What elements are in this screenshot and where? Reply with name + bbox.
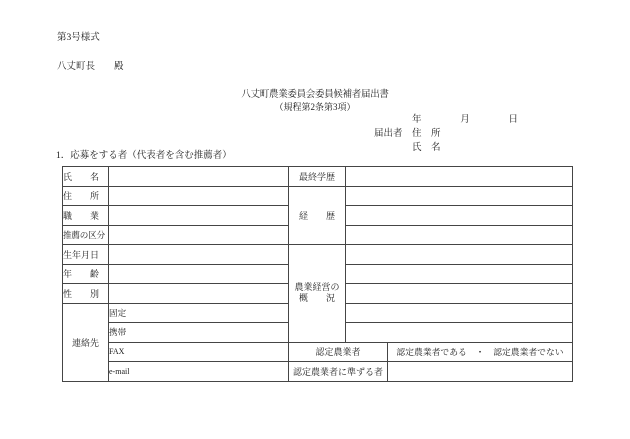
- date-year-label: 年: [412, 111, 422, 125]
- page-title: 八丈町農業委員会委員候補者届出書: [0, 86, 630, 100]
- farming-overview-label-line1: 農業経営の: [289, 282, 345, 293]
- farming-overview-value-row-2: [346, 264, 573, 284]
- education-value-cell: [346, 167, 573, 187]
- table-row: FAX 認定農業者 認定農業者である ・ 認定農業者でない: [63, 342, 573, 362]
- farming-overview-value-row-5: [346, 323, 573, 343]
- farming-overview-value-row-1: [346, 245, 573, 265]
- recommendation-value-cell: [109, 225, 289, 245]
- contact-email-cell: e-mail: [109, 362, 289, 382]
- declarant-address-label: 住 所: [412, 125, 441, 139]
- address-label-cell: 住 所: [63, 186, 109, 206]
- career-value-row-3: [346, 225, 573, 245]
- name-label-cell: 氏 名: [63, 167, 109, 187]
- career-value-row-2: [346, 206, 573, 226]
- career-label-cell: 経 歴: [289, 186, 346, 245]
- age-label-cell: 年 齢: [63, 264, 109, 284]
- contact-label-cell: 連絡先: [63, 303, 109, 381]
- education-label-cell: 最終学歴: [289, 167, 346, 187]
- recommendation-label-cell: 推薦の区分: [63, 225, 109, 245]
- table-row: 生年月日 農業経営の 概 況: [63, 245, 573, 265]
- section1-heading: 1．応募をする者（代表者を含む推薦者）: [56, 147, 232, 161]
- contact-landline-cell: 固定: [109, 303, 289, 323]
- quasi-certified-farmer-label-cell: 認定農業者に準ずる者: [289, 362, 388, 382]
- declarant-name-label: 氏 名: [412, 139, 441, 153]
- birthdate-label-cell: 生年月日: [63, 245, 109, 265]
- career-value-row-1: [346, 186, 573, 206]
- farming-overview-value-row-4: [346, 303, 573, 323]
- table-row: 氏 名 最終学歴: [63, 167, 573, 187]
- page-subtitle: （規程第2条第3項）: [0, 100, 630, 113]
- date-line: 年 月 日: [412, 111, 518, 125]
- farming-overview-label-cell: 農業経営の 概 況: [289, 245, 346, 343]
- table-row: 住 所 経 歴: [63, 186, 573, 206]
- date-month-label: 月: [460, 111, 470, 125]
- quasi-certified-farmer-value-cell: [388, 362, 573, 382]
- gender-label-cell: 性 別: [63, 284, 109, 304]
- farming-overview-label-line2: 概 況: [289, 293, 345, 304]
- certified-farmer-label-cell: 認定農業者: [289, 342, 388, 362]
- applicant-table: 氏 名 最終学歴 住 所 経 歴 職 業 推薦の区分 生年月日 農業経営の 概 …: [62, 166, 573, 382]
- date-day-label: 日: [508, 111, 518, 125]
- age-value-cell: [109, 264, 289, 284]
- declarant-label: 届出者: [374, 125, 403, 139]
- name-value-cell: [109, 167, 289, 187]
- occupation-value-cell: [109, 206, 289, 226]
- gender-value-cell: [109, 284, 289, 304]
- contact-fax-cell: FAX: [109, 342, 289, 362]
- occupation-label-cell: 職 業: [63, 206, 109, 226]
- addressee: 八丈町長 殿: [57, 58, 124, 72]
- farming-overview-value-row-3: [346, 284, 573, 304]
- table-row: e-mail 認定農業者に準ずる者: [63, 362, 573, 382]
- address-value-cell: [109, 186, 289, 206]
- contact-mobile-cell: 携帯: [109, 323, 289, 343]
- certified-farmer-options-cell: 認定農業者である ・ 認定農業者でない: [388, 342, 573, 362]
- form-number: 第3号様式: [57, 29, 100, 43]
- birthdate-value-cell: [109, 245, 289, 265]
